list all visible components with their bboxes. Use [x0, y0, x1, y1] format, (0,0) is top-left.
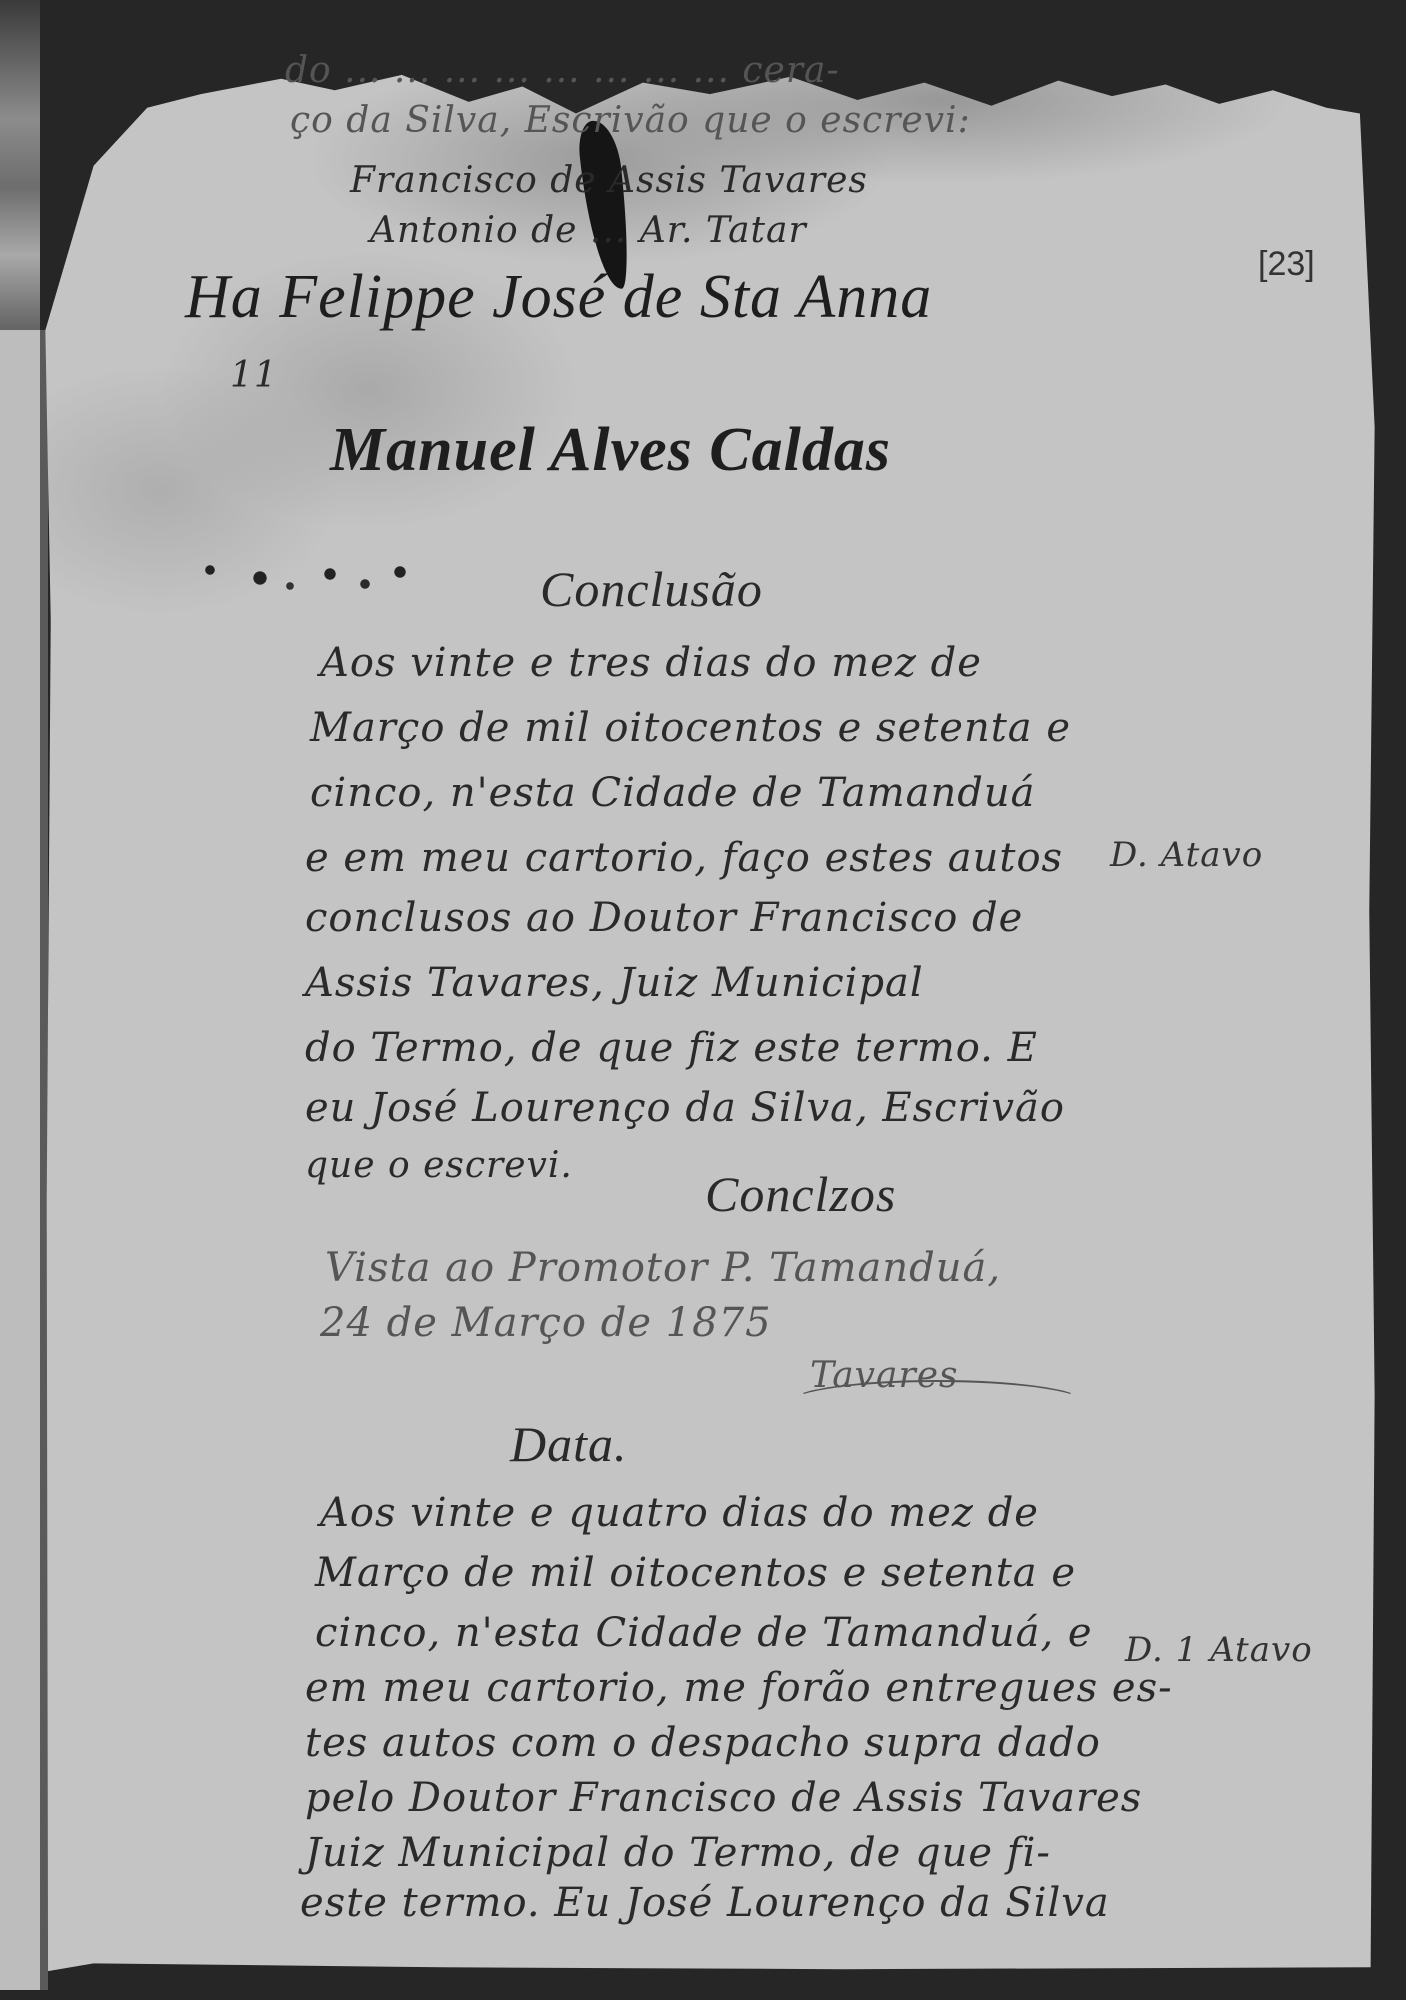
data-line-7: Juiz Municipal do Termo, de que fi- [305, 1830, 1051, 1876]
conclusao-line-3: cinco, n'esta Cidade de Tamanduá [310, 770, 1035, 816]
conclusao-line-7: do Termo, de que fiz este termo. E [305, 1025, 1038, 1071]
heading-conclusos: Conclzos [705, 1165, 896, 1223]
despacho-line-2: 24 de Março de 1875 [320, 1300, 772, 1346]
binding-gutter [40, 330, 48, 1990]
conclusao-line-6: Assis Tavares, Juiz Municipal [305, 960, 924, 1006]
name-felippe-jose: Ha Felippe José de Sta Anna [185, 262, 932, 333]
data-line-3: cinco, n'esta Cidade de Tamanduá, e [315, 1610, 1093, 1656]
ink-spatter [190, 560, 430, 600]
margin-note-data: D. 1 Atavo [1125, 1630, 1313, 1670]
data-line-6: pelo Doutor Francisco de Assis Tavares [305, 1775, 1142, 1821]
conclusao-line-1: Aos vinte e tres dias do mez de [320, 640, 982, 686]
signature-francisco: Francisco de Assis Tavares [350, 160, 868, 201]
ditto-mark: 11 [230, 355, 278, 396]
top-fragment-line-1: do ... ... ... ... ... ... ... ... cera- [285, 50, 840, 91]
facing-page-torn-edge [0, 0, 40, 340]
signature-flourish [790, 1380, 1084, 1424]
despacho-line-1: Vista ao Promotor P. Tamanduá, [325, 1245, 1001, 1291]
data-line-2: Março de mil oitocentos e setenta e [315, 1550, 1076, 1596]
data-line-1: Aos vinte e quatro dias do mez de [320, 1490, 1039, 1536]
conclusao-line-9: que o escrevi. [305, 1145, 573, 1186]
margin-note-conclusao: D. Atavo [1110, 835, 1263, 875]
page-number: [23] [1258, 245, 1315, 284]
top-fragment-line-2: ço da Silva, Escrivão que o escrevi: [290, 100, 971, 141]
name-manuel-alves: Manuel Alves Caldas [330, 415, 891, 486]
document-scan: [23] do ... ... ... ... ... ... ... ... … [0, 0, 1406, 2000]
data-line-5: tes autos com o despacho supra dado [305, 1720, 1101, 1766]
conclusao-line-5: conclusos ao Doutor Francisco de [305, 895, 1023, 941]
heading-data: Data. [510, 1415, 628, 1473]
conclusao-line-2: Março de mil oitocentos e setenta e [310, 705, 1071, 751]
data-line-8: este termo. Eu José Lourenço da Silva [300, 1880, 1110, 1926]
signature-antonio: Antonio de ... Ar. Tatar [370, 210, 807, 251]
heading-conclusao: Conclusão [540, 560, 763, 618]
facing-page-edge [0, 330, 40, 1990]
conclusao-line-4: e em meu cartorio, faço estes autos [305, 835, 1063, 881]
data-line-4: em meu cartorio, me forão entregues es- [305, 1665, 1173, 1711]
conclusao-line-8: eu José Lourenço da Silva, Escrivão [305, 1085, 1065, 1131]
